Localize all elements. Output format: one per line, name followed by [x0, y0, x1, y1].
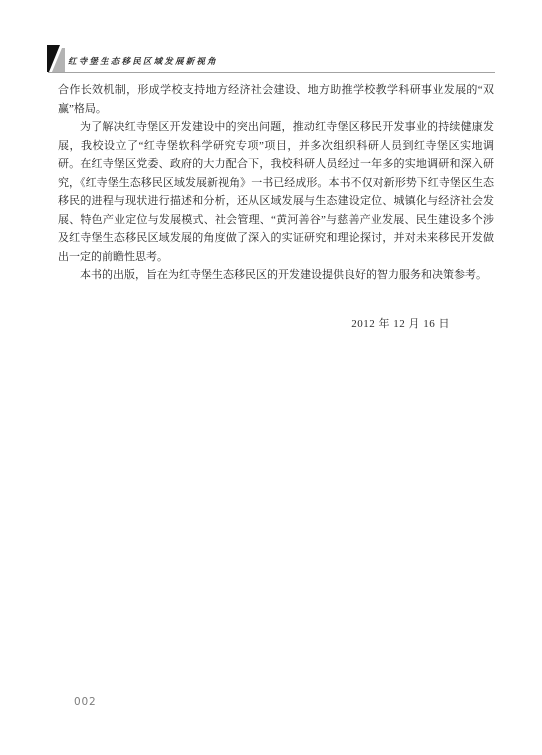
- document-page: 红寺堡生态移民区域发展新视角 合作长效机制，形成学校支持地方经济社会建设、地方助…: [0, 0, 542, 755]
- running-header-title: 红寺堡生态移民区域发展新视角: [68, 56, 218, 67]
- paragraph-2: 为了解决红寺堡区开发建设中的突出问题，推动红寺堡区移民开发事业的持续健康发展，我…: [58, 118, 494, 266]
- date-line: 2012 年 12 月 16 日: [58, 315, 494, 333]
- paragraph-1: 合作长效机制，形成学校支持地方经济社会建设、地方助推学校教学科研事业发展的“双赢…: [58, 81, 494, 118]
- corner-flag-icon: [47, 45, 65, 73]
- header-rule: [48, 72, 495, 73]
- page-number: 002: [74, 696, 96, 708]
- paragraph-3: 本书的出版，旨在为红寺堡生态移民区的开发建设提供良好的智力服务和决策参考。: [58, 266, 494, 285]
- body-text: 合作长效机制，形成学校支持地方经济社会建设、地方助推学校教学科研事业发展的“双赢…: [58, 81, 494, 285]
